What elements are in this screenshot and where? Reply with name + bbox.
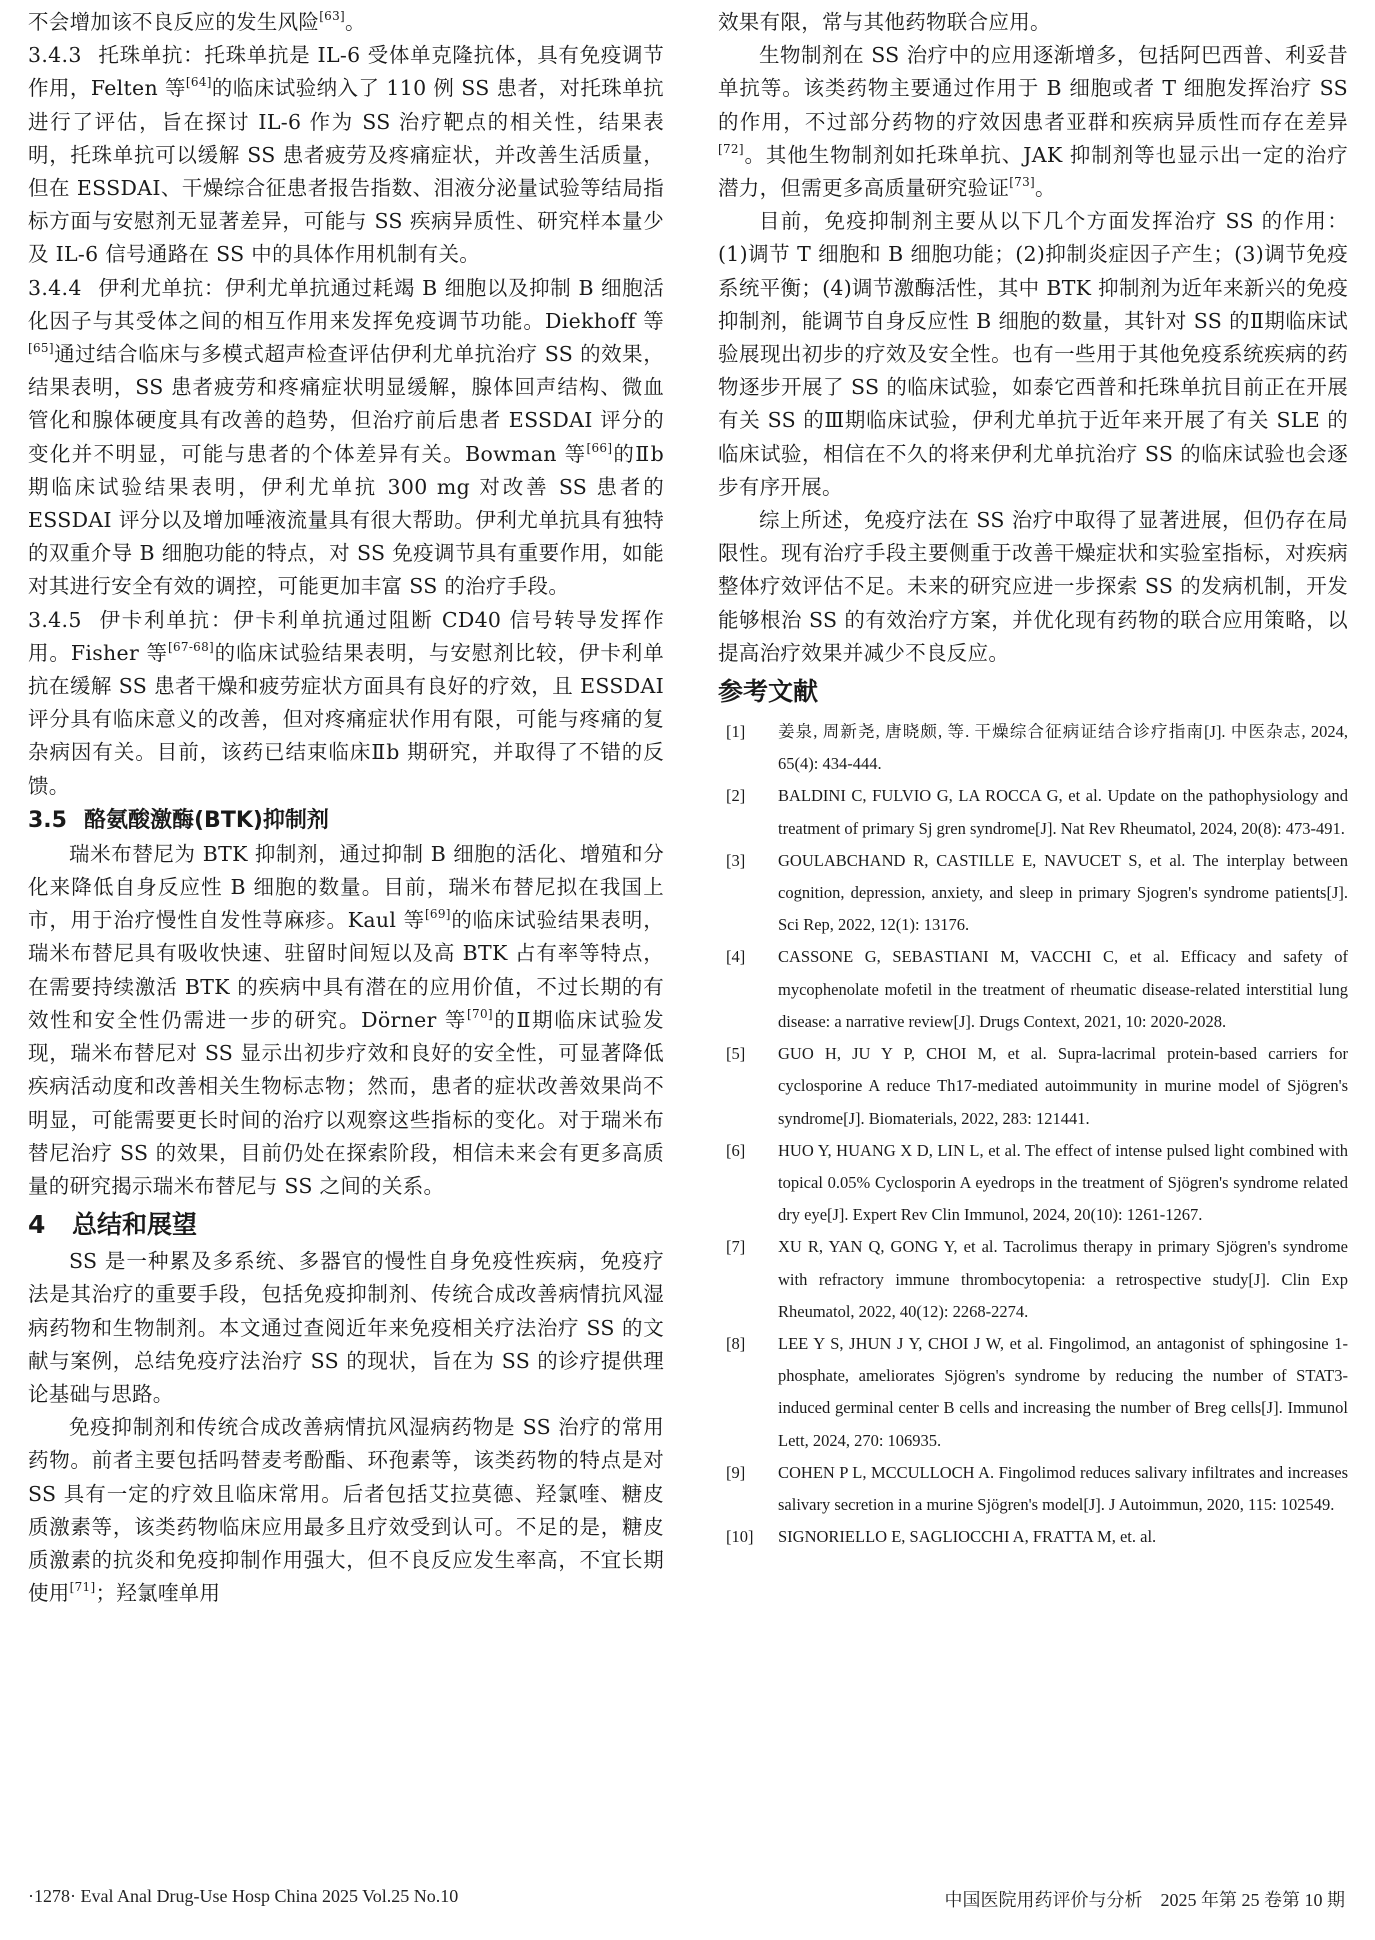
reference-text: BALDINI C, FULVIO G, LA ROCCA G, et al. … [778,780,1348,844]
paragraph-immunosuppressants: 目前，免疫抑制剂主要从以下几个方面发挥治疗 SS 的作用：(1)调节 T 细胞和… [718,205,1348,504]
reference-text: GOULABCHAND R, CASTILLE E, NAVUCET S, et… [778,845,1348,942]
section-title: 总结和展望 [72,1210,197,1239]
text: 通过结合临床与多模式超声检查评估伊利尤单抗治疗 SS 的效果，结果表明，SS 患… [28,342,664,466]
reference-list: [1] 姜泉, 周新尧, 唐晓颇, 等. 干燥综合征病证结合诊疗指南[J]. 中… [718,716,1348,1553]
citation[interactable]: [73] [1009,175,1035,189]
left-column: 不会增加该不良反应的发生风险[63]。 3.4.3托珠单抗：托珠单抗是 IL-6… [28,6,664,1610]
reference-number: [8] [718,1328,778,1457]
journal-page: 不会增加该不良反应的发生风险[63]。 3.4.3托珠单抗：托珠单抗是 IL-6… [0,0,1375,1940]
reference-item: [2] BALDINI C, FULVIO G, LA ROCCA G, et … [718,780,1348,844]
reference-item: [5] GUO H, JU Y P, CHOI M, et al. Supra-… [718,1038,1348,1135]
text: 的临床试验纳入了 110 例 SS 患者，对托珠单抗进行了评估，旨在探讨 IL-… [28,76,664,266]
section-number: 3.4.5 [28,604,98,637]
reference-number: [2] [718,780,778,844]
text: 。 [345,10,366,34]
section-number: 3.5 [28,803,84,838]
paragraph-summary-2: 免疫抑制剂和传统合成改善病情抗风湿病药物是 SS 治疗的常用药物。前者主要包括吗… [28,1411,664,1610]
citation[interactable]: [63] [319,9,345,23]
reference-text: 姜泉, 周新尧, 唐晓颇, 等. 干燥综合征病证结合诊疗指南[J]. 中医杂志,… [778,716,1348,780]
reference-number: [9] [718,1457,778,1521]
reference-number: [5] [718,1038,778,1135]
reference-text: HUO Y, HUANG X D, LIN L, et al. The effe… [778,1135,1348,1232]
text: 的Ⅱ期临床试验发现，瑞米布替尼对 SS 显示出初步疗效和良好的安全性，可显著降低… [28,1008,664,1198]
reference-text: COHEN P L, MCCULLOCH A. Fingolimod reduc… [778,1457,1348,1521]
section-number: 4 [28,1205,72,1245]
section-3-4-5: 3.4.5伊卡利单抗：伊卡利单抗通过阻断 CD40 信号转导发挥作用。Fishe… [28,604,664,803]
citation[interactable]: [65] [28,341,54,355]
reference-item: [4] CASSONE G, SEBASTIANI M, VACCHI C, e… [718,941,1348,1038]
section-heading-4: 4总结和展望 [28,1205,664,1245]
text: 。 [1035,176,1056,200]
paragraph-summary-1: SS 是一种累及多系统、多器官的慢性自身免疫性疾病，免疫疗法是其治疗的重要手段，… [28,1245,664,1411]
text: ；羟氯喹单用 [95,1581,220,1605]
reference-item: [3] GOULABCHAND R, CASTILLE E, NAVUCET S… [718,845,1348,942]
reference-text: GUO H, JU Y P, CHOI M, et al. Supra-lacr… [778,1038,1348,1135]
paragraph-biologics: 生物制剂在 SS 治疗中的应用逐渐增多，包括阿巴西普、利妥昔单抗等。该类药物主要… [718,39,1348,205]
text: 生物制剂在 SS 治疗中的应用逐渐增多，包括阿巴西普、利妥昔单抗等。该类药物主要… [718,43,1348,133]
reference-number: [3] [718,845,778,942]
paragraph-continuation: 不会增加该不良反应的发生风险[63]。 [28,6,664,39]
reference-number: [1] [718,716,778,780]
reference-text: SIGNORIELLO E, SAGLIOCCHI A, FRATTA M, e… [778,1521,1348,1553]
citation[interactable]: [64] [186,75,212,89]
page-footer-left: ·1278· Eval Anal Drug-Use Hosp China 202… [28,1886,458,1907]
reference-text: LEE Y S, JHUN J Y, CHOI J W, et al. Fing… [778,1328,1348,1457]
reference-item: [6] HUO Y, HUANG X D, LIN L, et al. The … [718,1135,1348,1232]
reference-item: [9] COHEN P L, MCCULLOCH A. Fingolimod r… [718,1457,1348,1521]
reference-item: [7] XU R, YAN Q, GONG Y, et al. Tacrolim… [718,1231,1348,1328]
references-heading: 参考文献 [718,672,1348,712]
paragraph-btk: 瑞米布替尼为 BTK 抑制剂，通过抑制 B 细胞的活化、增殖和分化来降低自身反应… [28,838,664,1203]
text: 伊利尤单抗：伊利尤单抗通过耗竭 B 细胞以及抑制 B 细胞活化因子与其受体之间的… [28,276,664,333]
reference-number: [10] [718,1521,778,1553]
text: 。其他生物制剂如托珠单抗、JAK 抑制剂等也显示出一定的治疗潜力，但需更多高质量… [718,143,1348,200]
reference-number: [4] [718,941,778,1038]
reference-item: [8] LEE Y S, JHUN J Y, CHOI J W, et al. … [718,1328,1348,1457]
reference-text: XU R, YAN Q, GONG Y, et al. Tacrolimus t… [778,1231,1348,1328]
citation[interactable]: [72] [718,142,744,156]
reference-number: [6] [718,1135,778,1232]
section-heading-3-5: 3.5酪氨酸激酶(BTK)抑制剂 [28,803,664,838]
reference-item: [1] 姜泉, 周新尧, 唐晓颇, 等. 干燥综合征病证结合诊疗指南[J]. 中… [718,716,1348,780]
section-3-4-4: 3.4.4伊利尤单抗：伊利尤单抗通过耗竭 B 细胞以及抑制 B 细胞活化因子与其… [28,272,664,604]
text: 免疫抑制剂和传统合成改善病情抗风湿病药物是 SS 治疗的常用药物。前者主要包括吗… [28,1415,664,1605]
section-number: 3.4.3 [28,39,98,72]
reference-number: [7] [718,1231,778,1328]
paragraph-continuation: 效果有限，常与其他药物联合应用。 [718,6,1348,39]
section-title: 酪氨酸激酶(BTK)抑制剂 [84,808,329,833]
citation[interactable]: [69] [425,907,451,921]
citation[interactable]: [70] [467,1007,493,1021]
section-3-4-3: 3.4.3托珠单抗：托珠单抗是 IL-6 受体单克隆抗体，具有免疫调节作用，Fe… [28,39,664,271]
citation[interactable]: [66] [587,441,613,455]
text: 不会增加该不良反应的发生风险 [28,10,319,34]
citation[interactable]: [67-68] [168,640,214,654]
page-footer-right: 中国医院用药评价与分析 2025 年第 25 卷第 10 期 [945,1886,1346,1912]
reference-item: [10] SIGNORIELLO E, SAGLIOCCHI A, FRATTA… [718,1521,1348,1553]
reference-text: CASSONE G, SEBASTIANI M, VACCHI C, et al… [778,941,1348,1038]
section-number: 3.4.4 [28,272,98,305]
paragraph-conclusion: 综上所述，免疫疗法在 SS 治疗中取得了显著进展，但仍存在局限性。现有治疗手段主… [718,504,1348,670]
citation[interactable]: [71] [70,1580,96,1594]
right-column: 效果有限，常与其他药物联合应用。 生物制剂在 SS 治疗中的应用逐渐增多，包括阿… [718,6,1348,1553]
